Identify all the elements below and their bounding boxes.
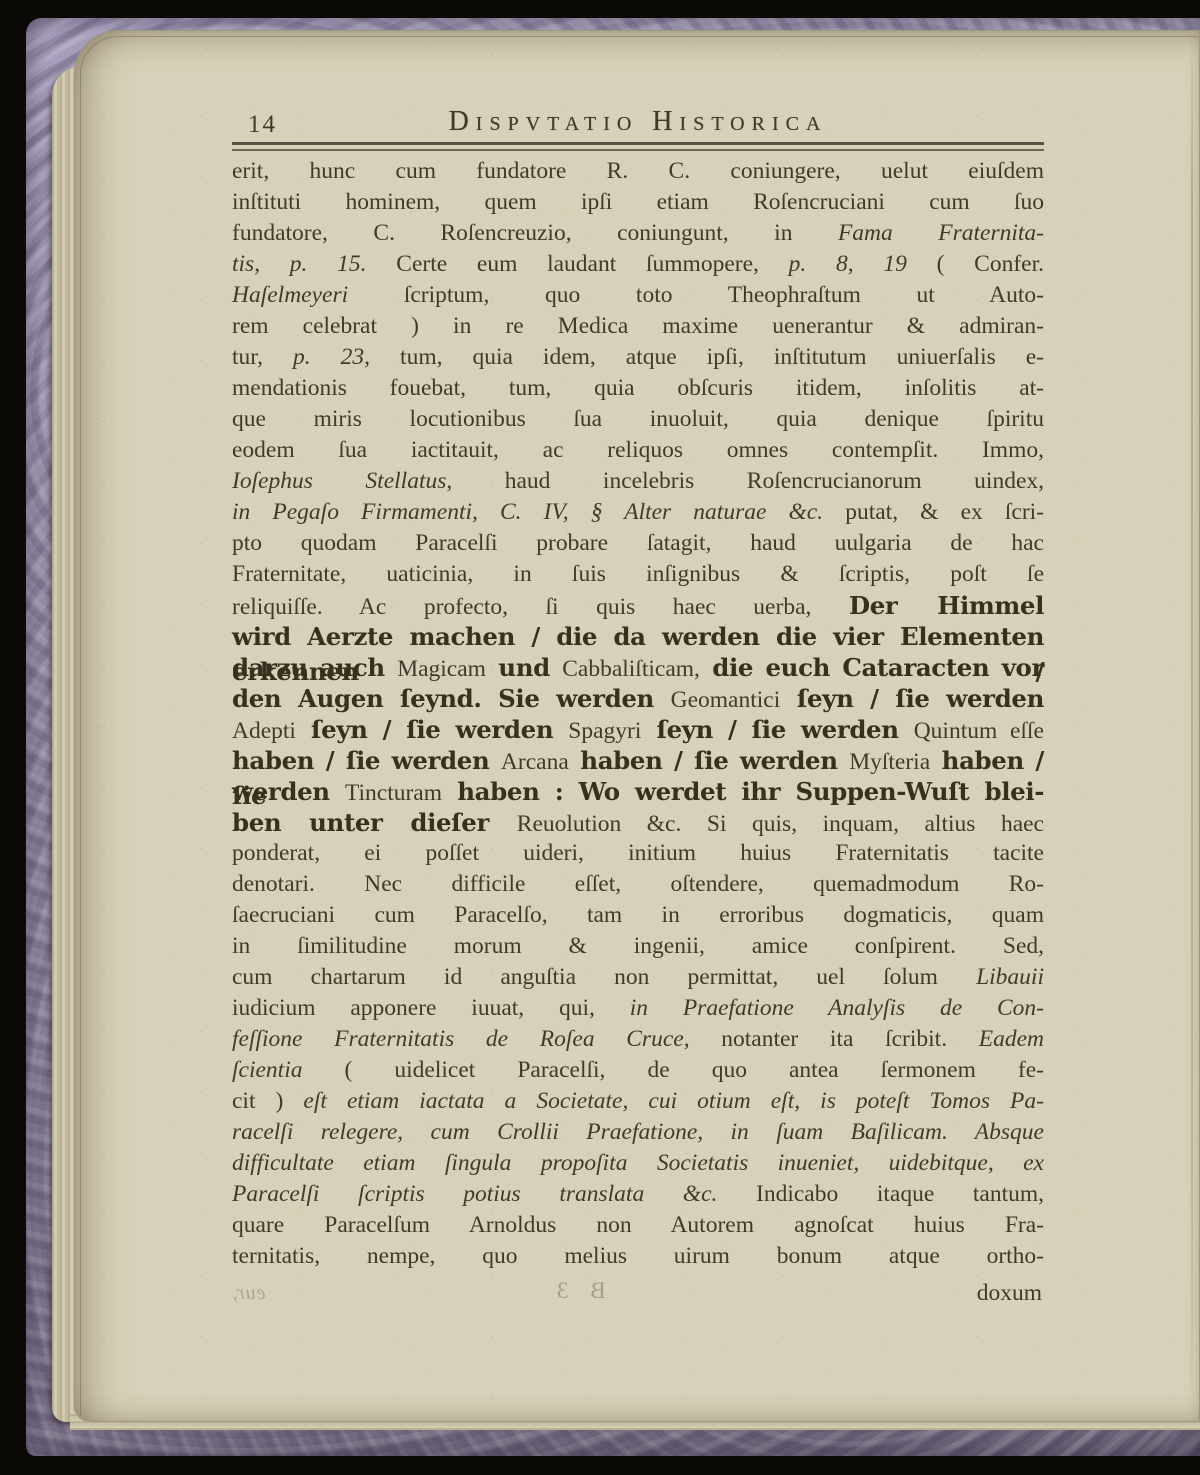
roman-text: Certe eum laudant ſummopere,: [367, 251, 789, 277]
text-line: Fraternitate, uaticinia, in ſuis inſigni…: [232, 559, 1044, 590]
blackletter-text: die euch Cataracten vor: [700, 653, 1044, 682]
roman-text: Quintum eſſe: [914, 718, 1044, 744]
roman-text: ternitatis, nempe, quo melius uirum bonu…: [232, 1243, 1044, 1269]
running-header: Dispvtatio Historica: [232, 106, 1044, 138]
roman-text: tum, quia idem, atque ipſi, inſtitutum u…: [370, 344, 1044, 370]
text-line: in Pegaſo Firmamenti, C. IV, § Alter nat…: [232, 497, 1044, 528]
roman-text: cum chartarum id anguſtia non permittat,…: [232, 964, 976, 990]
blackletter-text: Der Himmel: [849, 591, 1044, 620]
roman-text: ( uidelicet Paracelſi, de quo antea ſerm…: [302, 1057, 1044, 1083]
italic-text: ſcientia: [232, 1057, 302, 1083]
text-line: tis, p. 15. Certe eum laudant ſummopere,…: [232, 249, 1044, 280]
italic-text: in Pegaſo Firmamenti, C. IV, § Alter nat…: [232, 499, 823, 525]
roman-text: Fraternitate, uaticinia, in ſuis inſigni…: [232, 561, 1044, 587]
text-line: inſtituti hominem, quem ipſi etiam Roſen…: [232, 187, 1044, 218]
page-footer: eur, B 3 doxum: [232, 1276, 1044, 1312]
text-line: ben unter dieſer Reuolution &c. Si quis,…: [232, 807, 1044, 838]
roman-text: , haud incelebris Roſencrucianorum uinde…: [446, 468, 1044, 494]
italic-text: feſſione Fraternitatis de Roſea Cruce: [232, 1026, 684, 1052]
roman-text: erit, hunc cum fundatore R. C. coniunger…: [232, 158, 1044, 184]
blackletter-text: haben / ſie werden: [569, 746, 849, 775]
catchword: doxum: [977, 1280, 1042, 1307]
text-line: feſſione Fraternitatis de Roſea Cruce, n…: [232, 1024, 1044, 1055]
blackletter-text: den Augen ſeynd. Sie werden: [232, 684, 671, 713]
text-line: Adepti ſeyn / ſie werden Spagyri ſeyn / …: [232, 714, 1044, 745]
text-line: eodem ſua iactitauit, ac reliquos omnes …: [232, 435, 1044, 466]
text-line: cum chartarum id anguſtia non permittat,…: [232, 962, 1044, 993]
text-line: in ſimilitudine morum & ingenii, amice c…: [232, 931, 1044, 962]
text-line: darzu auch Magicam und Cabbaliſticam, di…: [232, 652, 1044, 683]
roman-text: eodem ſua iactitauit, ac reliquos omnes …: [232, 437, 1044, 463]
roman-text: ſcriptum, quo toto Theophraſtum ut Auto-: [348, 282, 1044, 308]
blackletter-text: und: [486, 653, 562, 682]
roman-text: ( Confer.: [907, 251, 1044, 277]
italic-text: Ioſephus Stellatus: [232, 468, 446, 494]
roman-text: Adepti: [232, 718, 296, 744]
roman-text: Reuolution &c. Si quis, inquam, altius h…: [517, 811, 1044, 837]
blackletter-text: haben : Wo werdet ihr Suppen-Wuſt blei-: [442, 777, 1044, 806]
text-line: rem celebrat ) in re Medica maxime uener…: [232, 311, 1044, 342]
italic-text: tis, p. 15.: [232, 251, 367, 277]
photograph-background: 14 Dispvtatio Historica erit, hunc cum f…: [0, 0, 1200, 1475]
roman-text: iudicium apponere iuuat, qui,: [232, 995, 630, 1021]
text-line: denotari. Nec difficile eſſet, oſtendere…: [232, 869, 1044, 900]
roman-text: Tincturam: [345, 780, 442, 806]
text-line: haben / ſie werden Arcana haben / ſie we…: [232, 745, 1044, 776]
text-line: quare Paracelſum Arnoldus non Autorem ag…: [232, 1210, 1044, 1241]
roman-text: Magicam: [397, 656, 486, 682]
text-line: racelſi relegere, cum Crollii Praefation…: [232, 1117, 1044, 1148]
blackletter-text: darzu auch: [232, 653, 397, 682]
page-crease: [1191, 31, 1193, 1421]
text-line: wird Aerzte machen / die da werden die v…: [232, 621, 1044, 652]
blackletter-text: werden: [232, 777, 345, 806]
roman-text: Cabbaliſticam,: [562, 656, 700, 682]
text-line: Paracelſi ſcriptis potius translata &c. …: [232, 1179, 1044, 1210]
text-line: mendationis fouebat, tum, quia obſcuris …: [232, 373, 1044, 404]
page-content: 14 Dispvtatio Historica erit, hunc cum f…: [232, 106, 1044, 1312]
roman-text: mendationis fouebat, tum, quia obſcuris …: [232, 375, 1044, 401]
italic-text: p. 8, 19: [789, 251, 907, 277]
text-line: iudicium apponere iuuat, qui, in Praefat…: [232, 993, 1044, 1024]
roman-text: putat, & ex ſcri-: [823, 499, 1044, 525]
italic-text: Haſelmeyeri: [232, 282, 348, 308]
text-line: erit, hunc cum fundatore R. C. coniunger…: [232, 156, 1044, 187]
text-line: fundatore, C. Roſencreuzio, coniungunt, …: [232, 218, 1044, 249]
blackletter-text: ben unter dieſer: [232, 808, 517, 837]
italic-text: in Praefatione Analyſis de Con-: [630, 995, 1044, 1021]
roman-text: cit ): [232, 1088, 303, 1114]
page-header: 14 Dispvtatio Historica: [232, 106, 1044, 140]
text-line: Ioſephus Stellatus, haud incelebris Roſe…: [232, 466, 1044, 497]
roman-text: quare Paracelſum Arnoldus non Autorem ag…: [232, 1212, 1044, 1238]
roman-text: Myſteria: [849, 749, 930, 775]
italic-text: eſt etiam iactata a Societate, cui otium…: [303, 1088, 1044, 1114]
text-line: werden Tincturam haben : Wo werdet ihr S…: [232, 776, 1044, 807]
text-line: difficultate etiam ſingula propoſita Soc…: [232, 1148, 1044, 1179]
text-line: tur, p. 23, tum, quia idem, atque ipſi, …: [232, 342, 1044, 373]
roman-text: inſtituti hominem, quem ipſi etiam Roſen…: [232, 189, 1044, 215]
roman-text: rem celebrat ) in re Medica maxime uener…: [232, 313, 1044, 339]
italic-text: Eadem: [979, 1026, 1044, 1052]
text-line: ſaecruciani cum Paracelſo, tam in errori…: [232, 900, 1044, 931]
roman-text: Geomantici: [671, 687, 781, 713]
roman-text: , notanter ita ſcribit.: [684, 1026, 979, 1052]
roman-text: in ſimilitudine morum & ingenii, amice c…: [232, 933, 1044, 959]
roman-text: reliquiſſe. Ac profecto, ſi quis haec ue…: [232, 594, 849, 620]
text-line: ſcientia ( uidelicet Paracelſi, de quo a…: [232, 1055, 1044, 1086]
italic-text: difficultate etiam ſingula propoſita Soc…: [232, 1150, 1044, 1176]
italic-text: p. 23,: [293, 344, 370, 370]
blackletter-text: ſeyn / ſie werden: [780, 684, 1044, 713]
text-line: reliquiſſe. Ac profecto, ſi quis haec ue…: [232, 590, 1044, 621]
roman-text: pto quodam Paracelſi probare ſatagit, ha…: [232, 530, 1044, 556]
roman-text: Spagyri: [568, 718, 641, 744]
text-line: ternitatis, nempe, quo melius uirum bonu…: [232, 1241, 1044, 1272]
italic-text: racelſi relegere, cum Crollii Praefation…: [232, 1119, 1044, 1145]
italic-text: Fama Fraternita-: [838, 220, 1044, 246]
text-line: den Augen ſeynd. Sie werden Geomantici ſ…: [232, 683, 1044, 714]
roman-text: ſaecruciani cum Paracelſo, tam in errori…: [232, 902, 1044, 928]
roman-text: que miris locutionibus ſua inuoluit, qui…: [232, 406, 1044, 432]
text-line: Haſelmeyeri ſcriptum, quo toto Theophraſ…: [232, 280, 1044, 311]
roman-text: ponderat, ei poſſet uideri, initium huiu…: [232, 840, 1044, 866]
blackletter-text: haben / ſie werden: [232, 746, 501, 775]
page-number: 14: [248, 111, 277, 139]
signature-mark-showthrough: B 3: [549, 1278, 606, 1304]
text-line: pto quodam Paracelſi probare ſatagit, ha…: [232, 528, 1044, 559]
italic-text: Paracelſi ſcriptis potius translata &c.: [232, 1181, 717, 1207]
header-rule: [232, 142, 1044, 151]
showthrough-text-left: eur,: [232, 1282, 265, 1305]
text-line: ponderat, ei poſſet uideri, initium huiu…: [232, 838, 1044, 869]
roman-text: tur,: [232, 344, 293, 370]
roman-text: Arcana: [501, 749, 569, 775]
roman-text: denotari. Nec difficile eſſet, oſtendere…: [232, 871, 1044, 897]
body-text: erit, hunc cum fundatore R. C. coniunger…: [232, 156, 1044, 1272]
text-line: cit ) eſt etiam iactata a Societate, cui…: [232, 1086, 1044, 1117]
blackletter-text: ſeyn / ſie werden: [296, 715, 568, 744]
text-line: que miris locutionibus ſua inuoluit, qui…: [232, 404, 1044, 435]
roman-text: fundatore, C. Roſencreuzio, coniungunt, …: [232, 220, 838, 246]
blackletter-text: ſeyn / ſie werden: [641, 715, 913, 744]
italic-text: Libauii: [976, 964, 1044, 990]
roman-text: Indicabo itaque tantum,: [717, 1181, 1044, 1207]
